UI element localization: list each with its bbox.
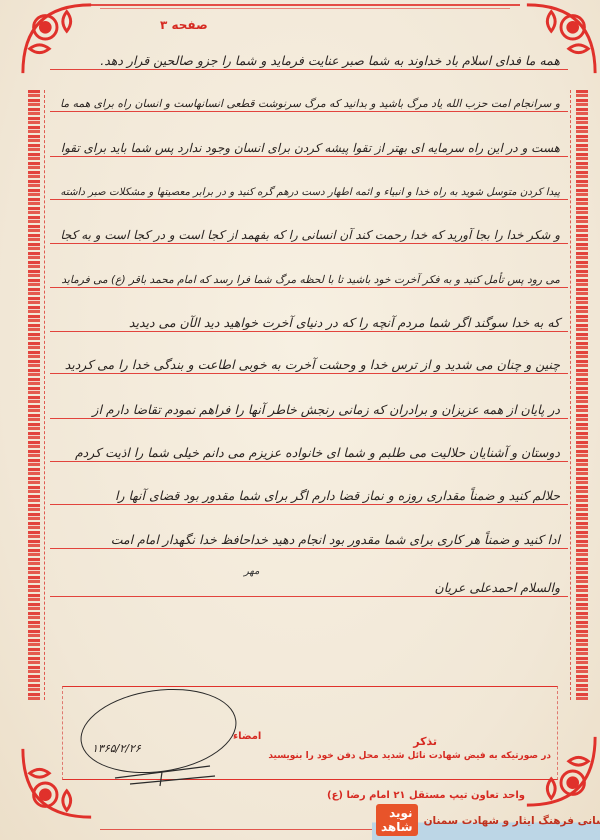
ruled-line xyxy=(50,331,568,333)
handwritten-line-text: می رود پس تأمل کنید و به فکر آخرت خود با… xyxy=(61,273,560,286)
handwritten-line-text: و سرانجام امت حزب الله یاد مرگ باشید و ب… xyxy=(60,97,560,110)
left-margin-line xyxy=(44,90,46,700)
handwritten-line-text: حلالم کنید و ضمناً مقداری روزه و نماز قض… xyxy=(115,488,560,503)
ruled-line xyxy=(50,373,568,375)
text-line: دوستان و آشنایان حلالیت می طلبم و شما ای… xyxy=(50,440,568,466)
top-border-rule-inner xyxy=(100,8,510,9)
text-line: همه ما فدای اسلام باد خداوند به شما صبر … xyxy=(50,48,568,74)
handwritten-line-text: و شکر خدا را بجا آورید که خدا رحمت کند آ… xyxy=(60,228,560,242)
text-line: در پایان از همه عزیزان و برادران که زمان… xyxy=(50,397,568,423)
ruled-line xyxy=(50,69,568,71)
signature-label: امضاء xyxy=(233,731,261,742)
text-line: و سرانجام امت حزب الله یاد مرگ باشید و ب… xyxy=(50,90,568,116)
text-line: ادا کنید و ضمناً هر کاری برای شما مقدور … xyxy=(50,527,568,553)
ruled-line xyxy=(50,461,568,463)
text-line: چنین و چنان می شدید و از ترس خدا و وحشت … xyxy=(50,352,568,378)
site-watermark: پایگاه اطلاع رسانی فرهنگ ایثار و شهادت س… xyxy=(372,808,600,840)
ruled-line xyxy=(50,243,568,245)
small-seal-mark: مهر xyxy=(244,566,259,577)
left-decorative-border xyxy=(28,90,40,700)
text-line: که به خدا سوگند اگر شما مردم آنچه را که … xyxy=(50,310,568,336)
handwritten-line-text: پیدا کردن متوسل شوید به راه خدا و انبیاء… xyxy=(60,186,560,198)
text-line: پیدا کردن متوسل شوید به راه خدا و انبیاء… xyxy=(50,178,568,204)
ruled-line xyxy=(50,504,568,506)
handwritten-line-text: در پایان از همه عزیزان و برادران که زمان… xyxy=(92,402,560,417)
ruled-line xyxy=(50,111,568,113)
reminder-note: در صورتیکه به فیض شهادت نائل شدید محل دف… xyxy=(268,751,551,761)
ruled-line xyxy=(50,548,568,550)
right-decorative-border xyxy=(576,90,588,700)
reminder-title: تذکر xyxy=(413,735,437,748)
ruled-line xyxy=(50,287,568,289)
handwritten-line-text: همه ما فدای اسلام باد خداوند به شما صبر … xyxy=(100,53,560,68)
text-line: حلالم کنید و ضمناً مقداری روزه و نماز قض… xyxy=(50,483,568,509)
watermark-text: پایگاه اطلاع رسانی فرهنگ ایثار و شهادت س… xyxy=(424,815,600,833)
handwritten-line-text: هست و در این راه سرمایه ای بهتر از تقوا … xyxy=(61,141,560,155)
bottom-border-rule xyxy=(100,829,400,831)
ruled-line xyxy=(50,156,568,158)
watermark-logo: نوید شاهد xyxy=(376,804,418,836)
top-border-rule xyxy=(90,4,520,6)
handwritten-line-text: دوستان و آشنایان حلالیت می طلبم و شما ای… xyxy=(75,445,560,460)
ruled-line xyxy=(50,596,568,598)
signature-strokes xyxy=(110,758,220,788)
signature-date: ۱۳۶۵/۲/۲۶ xyxy=(92,742,141,755)
handwritten-line-text: که به خدا سوگند اگر شما مردم آنچه را که … xyxy=(129,315,560,330)
handwritten-line-text: چنین و چنان می شدید و از ترس خدا و وحشت … xyxy=(65,357,560,372)
unit-name-line: واحد تعاون تیپ مستقل ۲۱ امام رضا (ع) xyxy=(327,790,525,801)
handwritten-line-text: ادا کنید و ضمناً هر کاری برای شما مقدور … xyxy=(111,532,560,547)
right-margin-line xyxy=(570,90,572,700)
text-line: می رود پس تأمل کنید و به فکر آخرت خود با… xyxy=(50,266,568,292)
text-line: و شکر خدا را بجا آورید که خدا رحمت کند آ… xyxy=(50,222,568,248)
handwritten-line-text: والسلام احمدعلی عریان xyxy=(435,580,560,595)
text-line: والسلام احمدعلی عریان xyxy=(50,575,568,601)
text-line: هست و در این راه سرمایه ای بهتر از تقوا … xyxy=(50,135,568,161)
ruled-line xyxy=(50,418,568,420)
page-number-label: صفحه ۳ xyxy=(160,18,208,32)
ruled-line xyxy=(50,199,568,201)
